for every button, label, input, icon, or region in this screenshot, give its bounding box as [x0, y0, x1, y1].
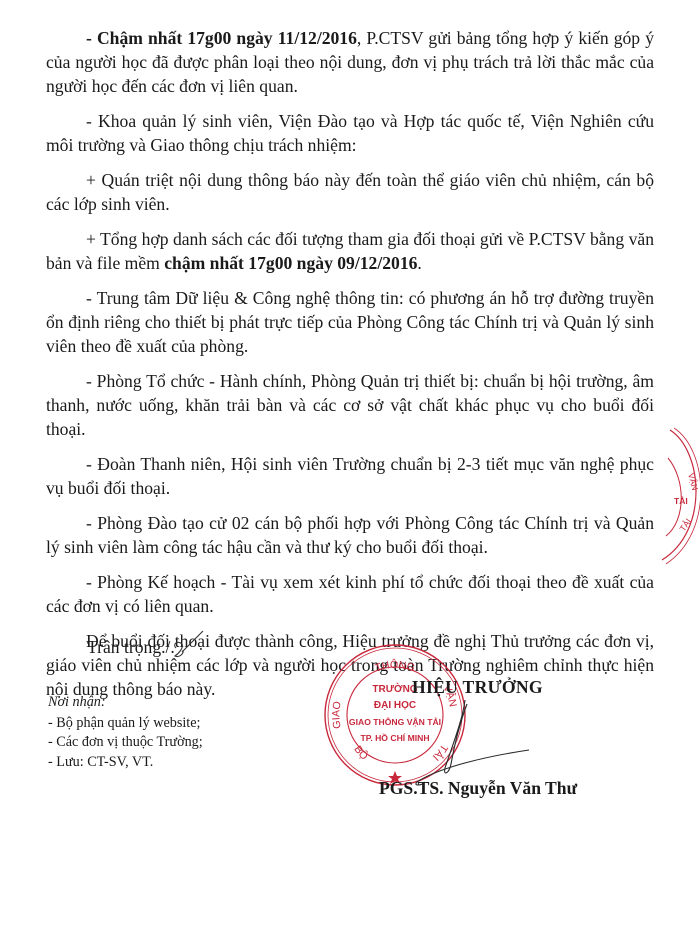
closing-text: Trân trọng./. [87, 637, 175, 658]
signer-title: HIỆU TRƯỞNG [412, 677, 543, 698]
recipient-item: - Bộ phận quản lý website; [48, 714, 203, 734]
paragraph-youth-union: - Đoàn Thanh niên, Hội sinh viên Trường … [46, 452, 654, 500]
document-page: - Chậm nhất 17g00 ngày 11/12/2016, P.CTS… [0, 0, 700, 932]
svg-text:TẢI: TẢI [674, 495, 688, 506]
paragraph-text: - Trung tâm Dữ liệu & Công nghệ thông ti… [46, 288, 654, 356]
paragraph-finance-office: - Phòng Kế hoạch - Tài vụ xem xét kinh p… [46, 570, 654, 618]
signer-name: PGS.TS. Nguyễn Văn Thư [379, 778, 577, 799]
svg-text:VẬN: VẬN [686, 472, 700, 491]
document-body: - Chậm nhất 17g00 ngày 11/12/2016, P.CTS… [46, 26, 654, 712]
paragraph-text: - Phòng Đào tạo cử 02 cán bộ phối hợp vớ… [46, 513, 654, 557]
paragraph-text: - Đoàn Thanh niên, Hội sinh viên Trường … [46, 454, 654, 498]
paragraph-admin-office: - Phòng Tổ chức - Hành chính, Phòng Quản… [46, 369, 654, 441]
svg-text:GIAO: GIAO [330, 700, 343, 729]
recipients-block: Nơi nhận: - Bộ phận quản lý website; - C… [48, 693, 203, 772]
paragraph-participant-list: + Tổng hợp danh sách các đối tượng tham … [46, 227, 654, 275]
paragraph-text: - Phòng Kế hoạch - Tài vụ xem xét kinh p… [46, 572, 654, 616]
bold-deadline: chậm nhất 17g00 ngày 09/12/2016 [164, 253, 417, 273]
paragraph-training-office: - Phòng Đào tạo cử 02 cán bộ phối hợp vớ… [46, 511, 654, 559]
paragraph-text: - Khoa quản lý sinh viên, Viện Đào tạo v… [46, 111, 654, 155]
paragraph-responsible-units: - Khoa quản lý sinh viên, Viện Đào tạo v… [46, 109, 654, 157]
paragraph-text: - Phòng Tổ chức - Hành chính, Phòng Quản… [46, 371, 654, 439]
svg-text:TẢI: TẢI [677, 516, 694, 533]
paragraph-text: . [417, 253, 421, 273]
paragraph-it-center: - Trung tâm Dữ liệu & Công nghệ thông ti… [46, 286, 654, 358]
paragraph-text: + Quán triệt nội dung thông báo này đến … [46, 170, 654, 214]
svg-text:THÔNG: THÔNG [374, 658, 417, 675]
seal-fragment-icon: VẬN TẢI TẢI [640, 420, 700, 570]
paragraph-deadline-feedback: - Chậm nhất 17g00 ngày 11/12/2016, P.CTS… [46, 26, 654, 98]
signature-icon [395, 698, 535, 788]
svg-text:TRƯỜNG: TRƯỜNG [372, 682, 417, 695]
recipients-label: Nơi nhận: [48, 693, 203, 713]
bold-deadline: - Chậm nhất 17g00 ngày 11/12/2016 [86, 28, 357, 48]
initials-mark-icon [170, 628, 206, 662]
recipient-item: - Các đơn vị thuộc Trường; [48, 733, 203, 753]
paragraph-disseminate: + Quán triệt nội dung thông báo này đến … [46, 168, 654, 216]
svg-text:BỘ: BỘ [351, 744, 370, 763]
recipient-item: - Lưu: CT-SV, VT. [48, 753, 203, 773]
